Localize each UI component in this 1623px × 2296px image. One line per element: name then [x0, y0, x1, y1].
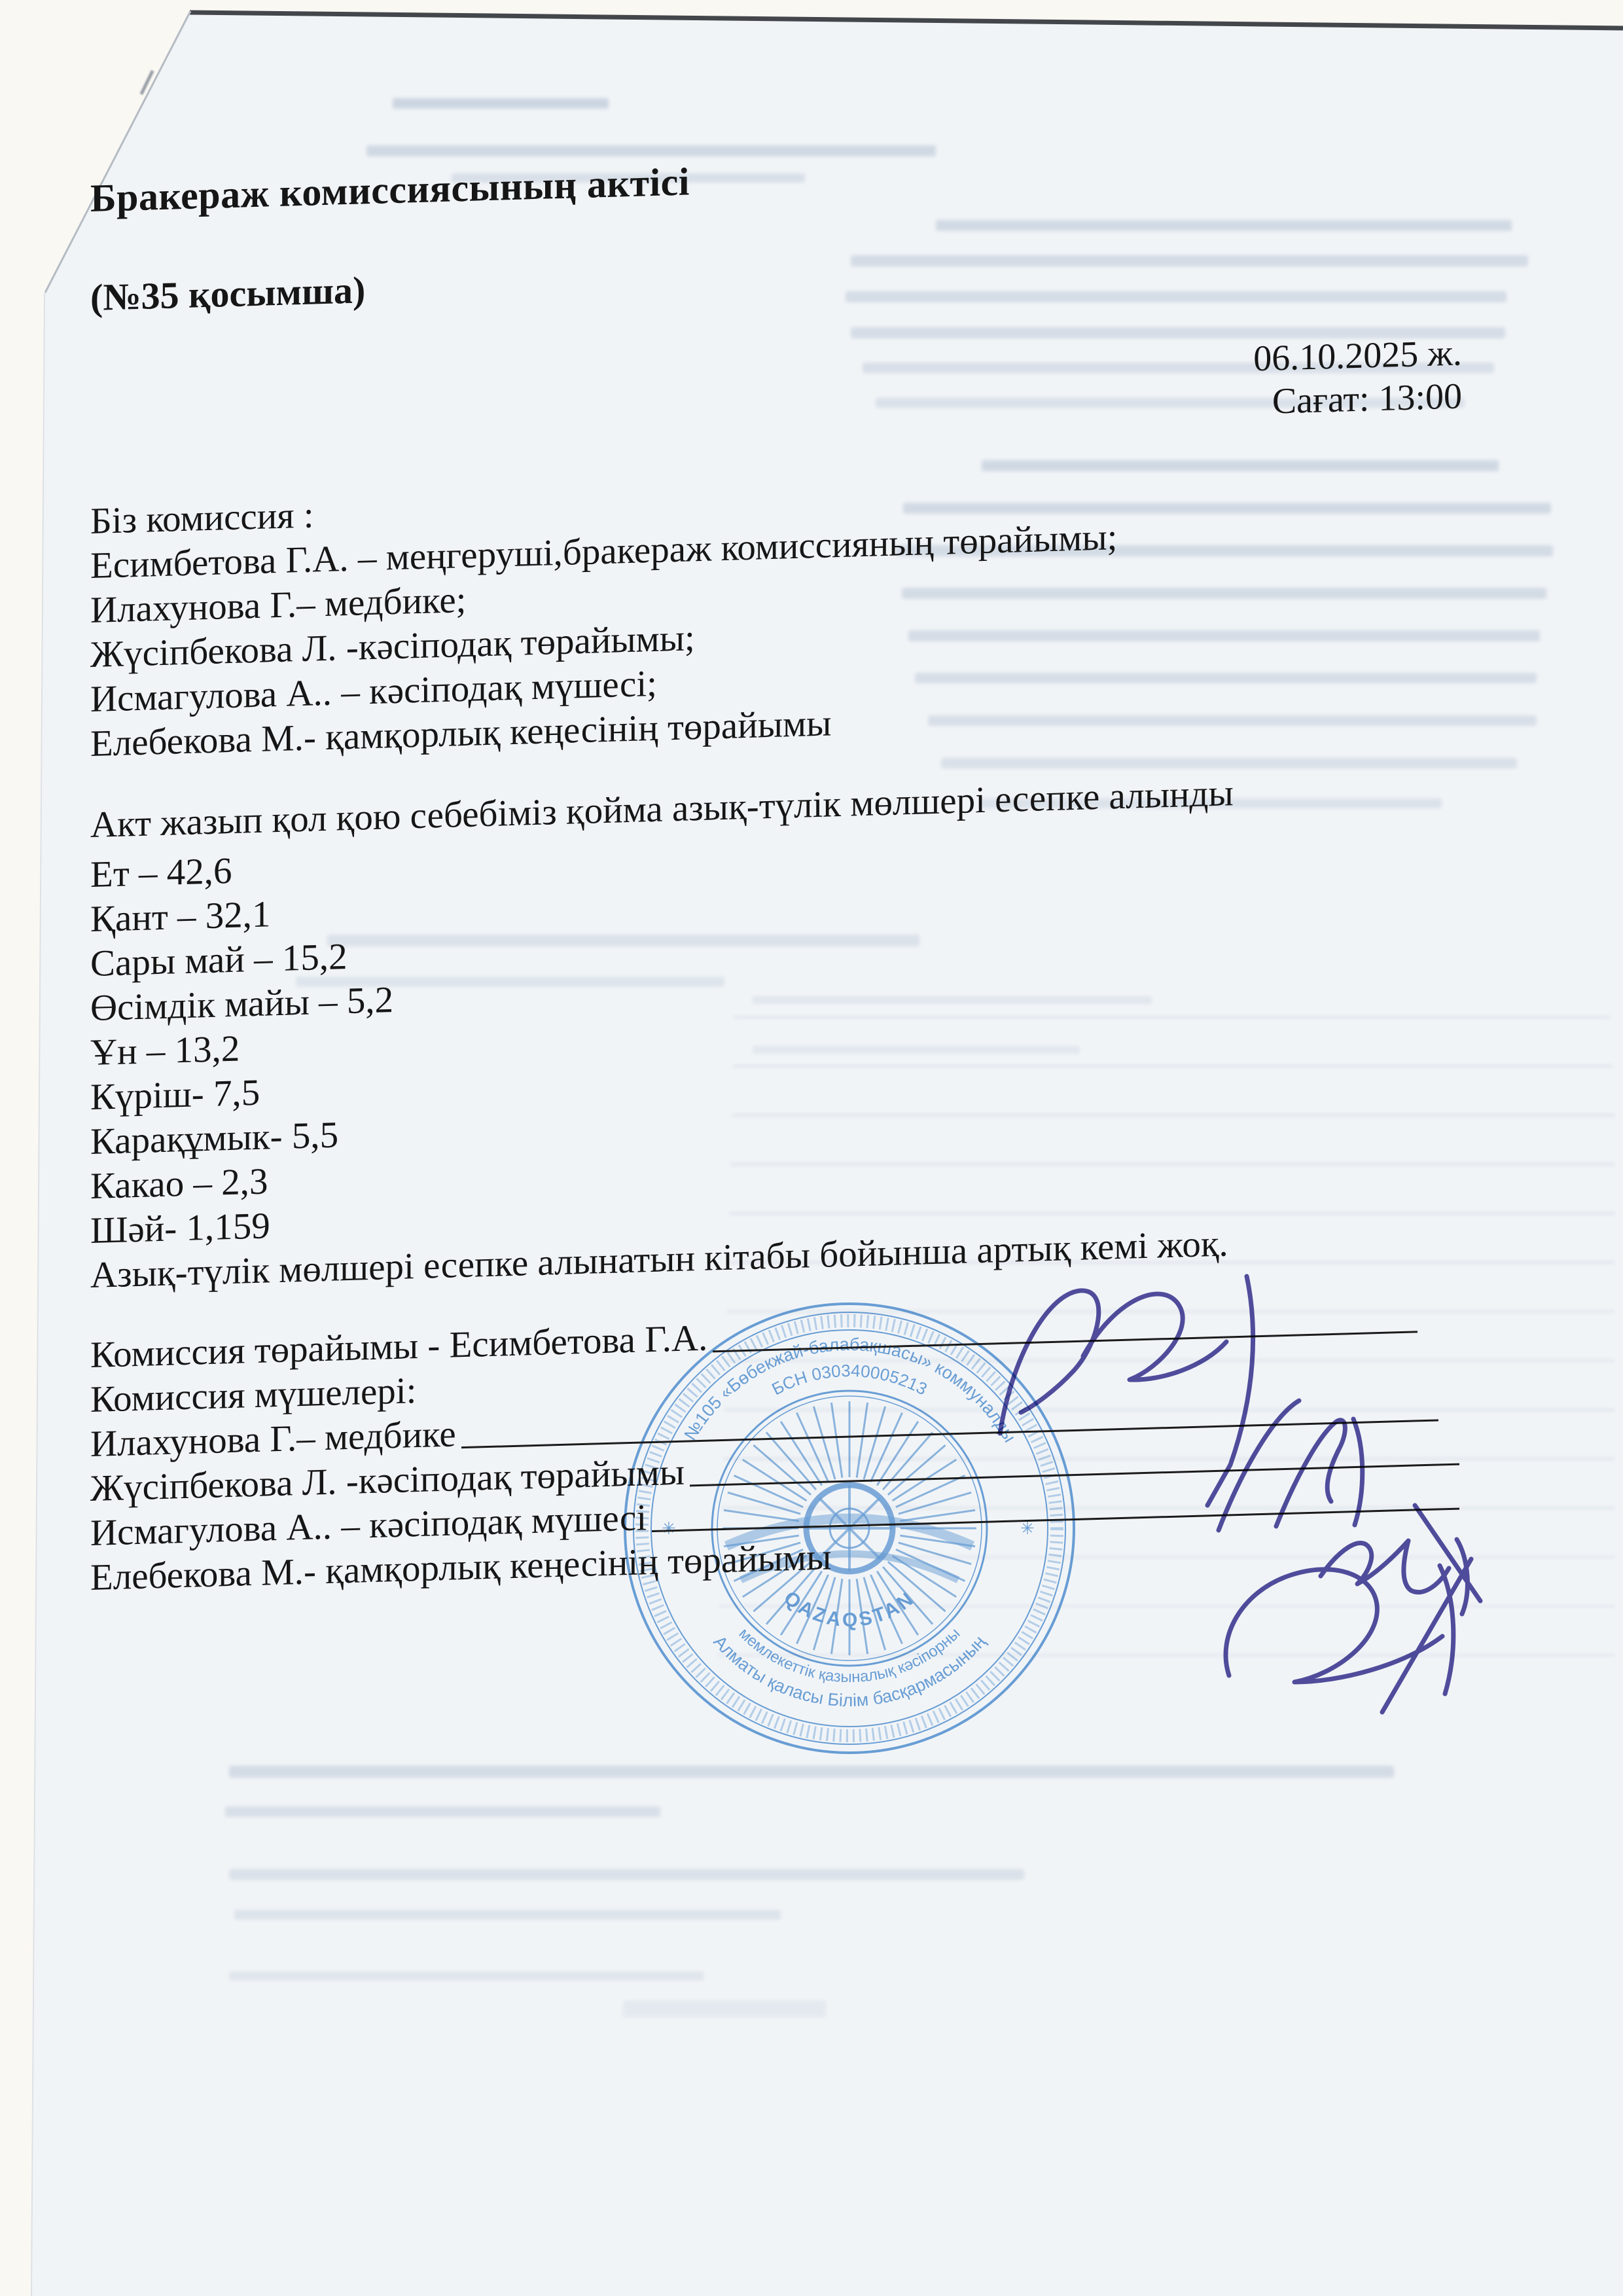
- signature-ink-chair: [1000, 1276, 1253, 1505]
- signature-ink-member-1: [1219, 1401, 1363, 1530]
- signature-ink-member-2: [1321, 1505, 1480, 1614]
- signature-ink-member-3: [1226, 1559, 1471, 1712]
- scanned-document: «№105 «Бөбекжай-балабақшасы» коммуналдық…: [0, 0, 1623, 2296]
- handwritten-signatures: [0, 0, 1623, 2296]
